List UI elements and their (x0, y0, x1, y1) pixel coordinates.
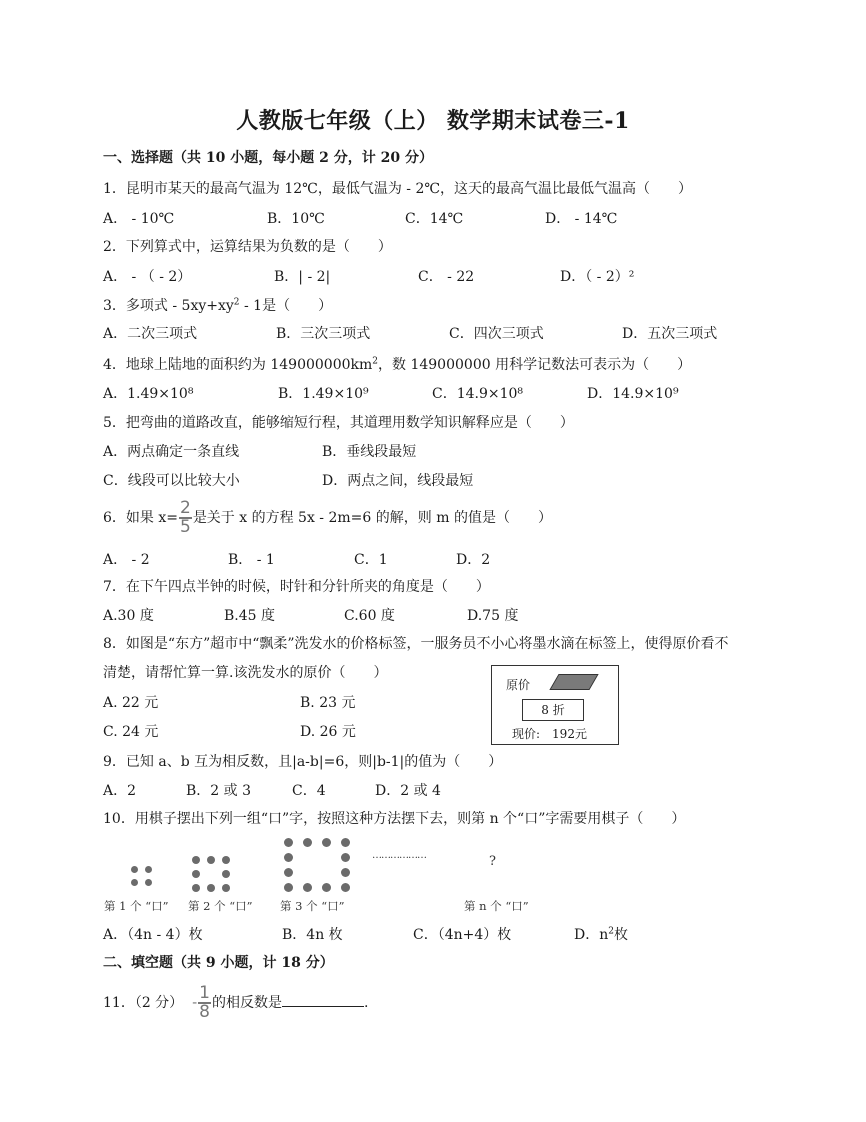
question-2-stem: 2．下列算式中，运算结果为负数的是（ ） (103, 236, 392, 256)
q6-fraction: 25 (179, 500, 192, 536)
q10-option-a: A．（4n - 4）枚 (103, 924, 203, 944)
section-heading-choice: 一、选择题（共 10 小题，每小题 2 分，计 20 分） (103, 147, 433, 167)
question-1-stem: 1．昆明市某天的最高气温为 12℃，最低气温为 - 2℃，这天的最高气温比最低气… (103, 178, 692, 198)
q4-option-d: D．14.9×10⁹ (587, 383, 679, 403)
q3-stem-post: - 1是（ ） (240, 298, 333, 314)
q9-option-a: A．2 (103, 780, 136, 800)
q6-fraction-denominator: 5 (179, 519, 192, 536)
question-6-stem: 6．如果 x=25是关于 x 的方程 5x - 2m=6 的解，则 m 的值是（… (103, 500, 552, 536)
q6-option-b: B． - 1 (228, 549, 275, 569)
q1-option-c: C．14℃ (405, 208, 463, 228)
pattern-3-caption: 第 3 个 “口” (280, 898, 345, 914)
q6-option-d: D．2 (456, 549, 490, 569)
current-price-label: 现价: 192元 (512, 725, 587, 742)
q2-option-a: A． - （ - 2） (103, 266, 191, 286)
original-price-label: 原价 (506, 676, 530, 693)
section-heading-fill: 二、填空题（共 9 小题，计 18 分） (103, 952, 334, 972)
question-9-stem: 9．已知 a、b 互为相反数，且|a-b|=6，则|b-1|的值为（ ） (103, 751, 502, 771)
q3-stem-pre: 3．多项式 - 5xy+xy (103, 298, 234, 314)
page-title: 人教版七年级（上） 数学期末试卷三-1 (0, 104, 866, 135)
q6-stem-post: 是关于 x 的方程 5x - 2m=6 的解，则 m 的值是（ ） (193, 510, 552, 526)
pattern-2-caption: 第 2 个 “口” (188, 898, 253, 914)
q4-stem-post: ，数 149000000 用科学记数法可表示为（ ） (378, 357, 691, 373)
pattern-n-caption: 第 n 个 “口” (464, 898, 529, 914)
q7-option-d: D.75 度 (467, 605, 518, 625)
q7-option-c: C.60 度 (344, 605, 395, 625)
q4-option-c: C．14.9×10⁸ (432, 383, 523, 403)
q5-option-b: B．垂线段最短 (322, 441, 416, 461)
q3-option-c: C．四次三项式 (449, 323, 544, 343)
q8-option-b: B. 23 元 (300, 692, 355, 712)
q6-stem-pre: 6．如果 x= (103, 510, 178, 526)
q9-option-d: D．2 或 4 (375, 780, 441, 800)
pattern-ellipsis: ……………… (372, 850, 426, 861)
q7-option-b: B.45 度 (224, 605, 275, 625)
q10-option-c: C．（4n+4）枚 (413, 924, 511, 944)
discount-box: 8 折 (522, 699, 584, 721)
question-4-stem: 4．地球上陆地的面积约为 149000000km2，数 149000000 用科… (103, 354, 691, 374)
q3-option-d: D．五次三项式 (622, 323, 717, 343)
q1-option-d: D． - 14℃ (545, 208, 617, 228)
q11-fraction: 18 (198, 985, 211, 1021)
q5-option-a: A．两点确定一条直线 (103, 441, 239, 461)
question-5-stem: 5．把弯曲的道路改直，能够缩短行程，其道理用数学知识解释应是（ ） (103, 412, 574, 432)
q11-fraction-denominator: 8 (198, 1004, 211, 1021)
q2-option-c: C． - 22 (418, 266, 474, 286)
question-7-stem: 7．在下午四点半钟的时候，时针和分针所夹的角度是（ ） (103, 576, 490, 596)
question-3-stem: 3．多项式 - 5xy+xy2 - 1是（ ） (103, 295, 332, 315)
question-11: 11．（2 分） -18的相反数是. (103, 985, 368, 1021)
q8-option-c: C. 24 元 (103, 721, 158, 741)
q1-option-b: B．10℃ (267, 208, 325, 228)
q2-option-b: B．| - 2| (274, 266, 330, 286)
q8-option-a: A. 22 元 (103, 692, 158, 712)
q9-option-b: B．2 或 3 (186, 780, 251, 800)
pattern-question-mark: ? (489, 854, 496, 869)
pattern-1-caption: 第 1 个 “口” (104, 898, 169, 914)
q11-negative-sign: - (192, 995, 197, 1011)
ink-blot-icon (549, 674, 598, 690)
q9-option-c: C．4 (292, 780, 326, 800)
q11-points: 11．（2 分） (103, 995, 183, 1011)
q4-option-a: A．1.49×10⁸ (103, 383, 193, 403)
q3-option-a: A．二次三项式 (103, 323, 197, 343)
q5-option-d: D．两点之间，线段最短 (322, 470, 473, 490)
q3-option-b: B．三次三项式 (276, 323, 370, 343)
q2-option-d: D．（ - 2）² (560, 266, 634, 286)
q5-option-c: C．线段可以比较大小 (103, 470, 240, 490)
q10-option-d-pre: D．n (574, 927, 608, 943)
q8-option-d: D. 26 元 (300, 721, 356, 741)
q4-stem-pre: 4．地球上陆地的面积约为 149000000km (103, 357, 372, 373)
question-8-stem-line1: 8．如图是“东方”超市中“飘柔”洗发水的价格标签，一服务员不小心将墨水滴在标签上… (103, 633, 729, 653)
q4-option-b: B．1.49×10⁹ (278, 383, 369, 403)
question-10-stem: 10．用棋子摆出下列一组“口”字，按照这种方法摆下去，则第 n 个“口”字需要用… (103, 808, 685, 828)
q6-option-c: C．1 (354, 549, 388, 569)
q10-option-b: B．4n 枚 (282, 924, 343, 944)
price-tag-figure: 原价 8 折 现价: 192元 (491, 665, 619, 745)
q10-option-d: D．n2枚 (574, 924, 628, 944)
q11-stem: 的相反数是 (212, 995, 282, 1011)
q7-option-a: A.30 度 (103, 605, 154, 625)
q1-option-a: A． - 10℃ (103, 208, 174, 228)
q6-option-a: A． - 2 (103, 549, 150, 569)
question-8-stem-line2: 清楚，请帮忙算一算.该洗发水的原价（ ） (103, 662, 387, 682)
q11-answer-blank[interactable] (282, 994, 364, 1007)
q10-option-d-post: 枚 (614, 927, 628, 943)
q11-period: . (364, 995, 368, 1011)
